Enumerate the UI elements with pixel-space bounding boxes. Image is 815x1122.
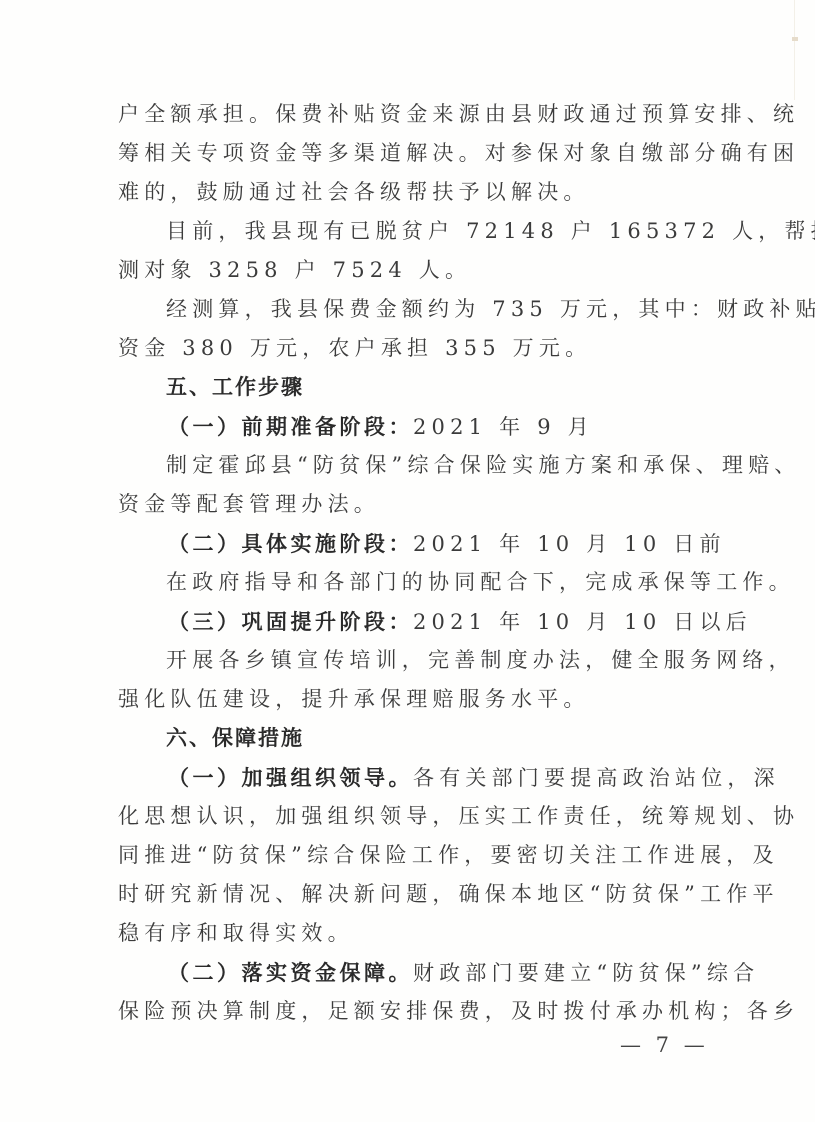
document-body: 户全额承担。保费补贴资金来源由县财政通过预算安排、统 筹相关专项资金等多渠道解决…	[118, 95, 678, 1031]
paragraph-line: 资金 380 万元，农户承担 355 万元。	[118, 329, 678, 368]
step-3-body-line: 强化队伍建设，提升承保理赔服务水平。	[118, 680, 678, 719]
measure-1-body-line: 化思想认识，加强组织领导，压实工作责任，统筹规划、协	[118, 797, 678, 836]
measure-1-first-line: （一）加强组织领导。各有关部门要提高政治站位，深	[118, 758, 678, 797]
step-1-body-line: 制定霍邱县“防贫保”综合保险实施方案和承保、理赔、	[118, 446, 678, 485]
step-3-date: 2021 年 10 月 10 日以后	[413, 610, 752, 634]
step-3-heading: （三）巩固提升阶段：2021 年 10 月 10 日以后	[118, 602, 678, 641]
paragraph-line: 户全额承担。保费补贴资金来源由县财政通过预算安排、统	[118, 95, 678, 134]
step-2-label: （二）具体实施阶段：	[168, 531, 413, 556]
measure-1-text: 各有关部门要提高政治站位，深	[413, 766, 780, 790]
section-heading-safeguards: 六、保障措施	[118, 719, 678, 758]
paragraph-line: 测对象 3258 户 7524 人。	[118, 251, 678, 290]
step-3-label: （三）巩固提升阶段：	[168, 609, 413, 634]
scan-edge-mark	[792, 37, 798, 41]
measure-1-body-line: 同推进“防贫保”综合保险工作，要密切关注工作进展，及	[118, 836, 678, 875]
step-2-date: 2021 年 10 月 10 日前	[413, 532, 726, 556]
measure-1-body-line: 时研究新情况、解决新问题，确保本地区“防贫保”工作平	[118, 875, 678, 914]
step-1-heading: （一）前期准备阶段：2021 年 9 月	[118, 407, 678, 446]
paragraph-line: 经测算，我县保费金额约为 735 万元，其中：财政补贴	[118, 290, 678, 329]
measure-2-body-line: 保险预决算制度，足额安排保费，及时拨付承办机构；各乡	[118, 992, 678, 1031]
step-1-date: 2021 年 9 月	[413, 415, 594, 439]
paragraph-line: 难的，鼓励通过社会各级帮扶予以解决。	[118, 173, 678, 212]
measure-2-first-line: （二）落实资金保障。财政部门要建立“防贫保”综合	[118, 953, 678, 992]
page-number: — 7 —	[620, 1033, 709, 1057]
measure-2-label: （二）落实资金保障。	[168, 960, 413, 985]
step-3-body-line: 开展各乡镇宣传培训，完善制度办法，健全服务网络，	[118, 641, 678, 680]
measure-1-body-line: 稳有序和取得实效。	[118, 914, 678, 953]
measure-2-text: 财政部门要建立“防贫保”综合	[413, 961, 759, 985]
step-1-label: （一）前期准备阶段：	[168, 414, 413, 439]
scan-edge-line	[794, 0, 795, 100]
measure-1-label: （一）加强组织领导。	[168, 765, 413, 790]
step-2-body-line: 在政府指导和各部门的协同配合下，完成承保等工作。	[118, 563, 678, 602]
paragraph-line: 筹相关专项资金等多渠道解决。对参保对象自缴部分确有困	[118, 134, 678, 173]
step-1-body-line: 资金等配套管理办法。	[118, 485, 678, 524]
step-2-heading: （二）具体实施阶段：2021 年 10 月 10 日前	[118, 524, 678, 563]
section-heading-work-steps: 五、工作步骤	[118, 368, 678, 407]
document-page: 户全额承担。保费补贴资金来源由县财政通过预算安排、统 筹相关专项资金等多渠道解决…	[0, 0, 815, 1122]
paragraph-line: 目前，我县现有已脱贫户 72148 户 165372 人，帮扶监	[118, 212, 678, 251]
